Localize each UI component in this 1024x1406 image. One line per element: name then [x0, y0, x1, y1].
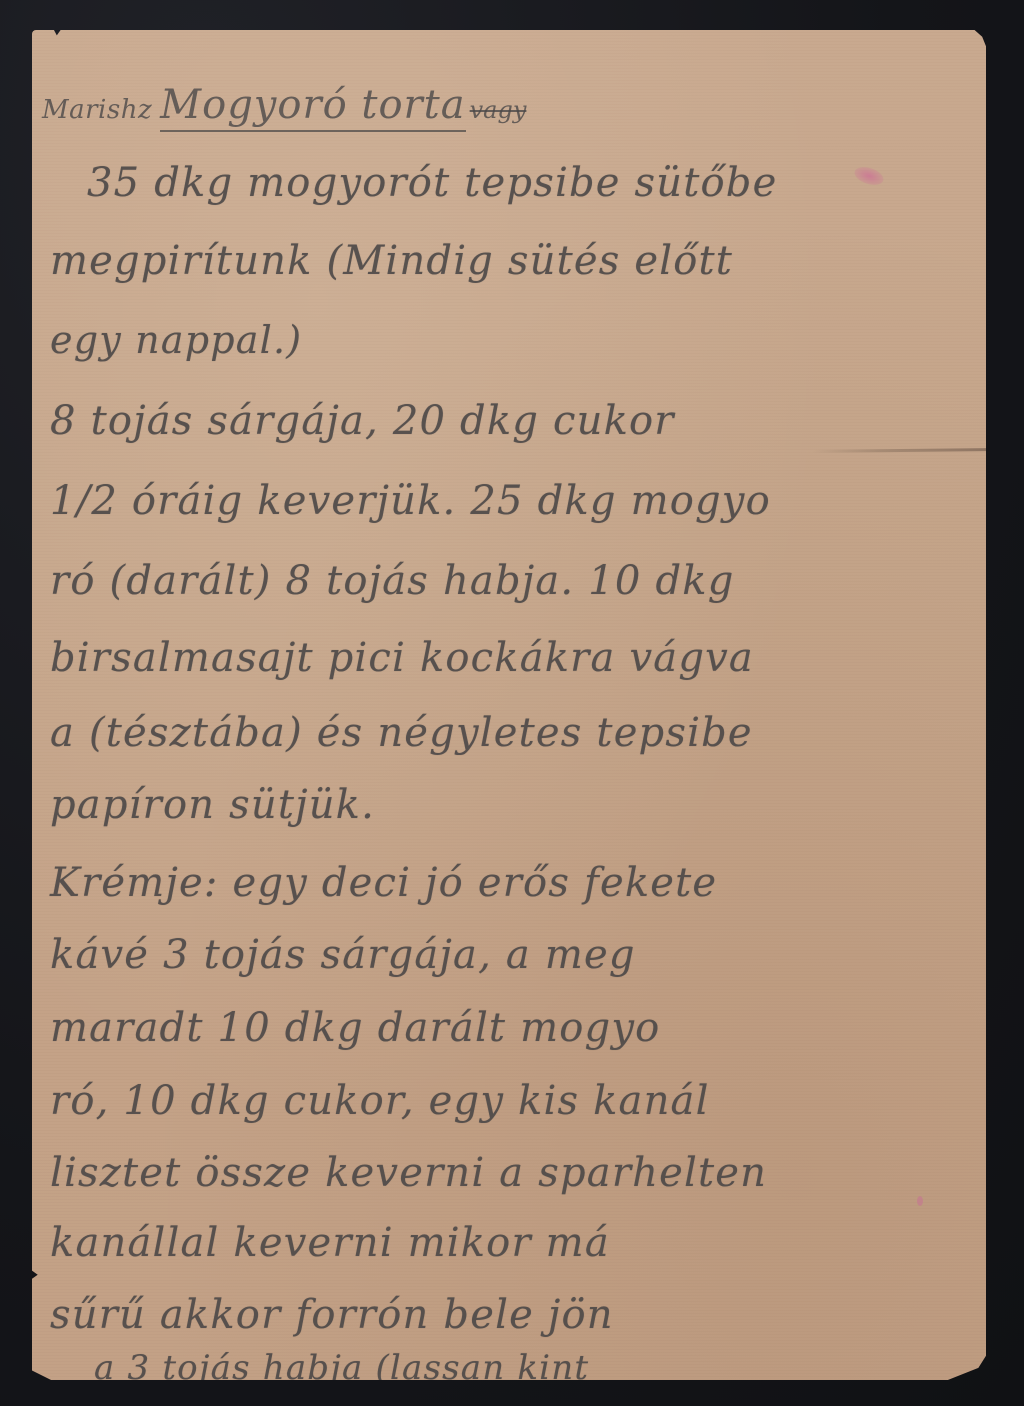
title-main: Mogyoró torta — [160, 82, 465, 132]
pink-ink-stain — [852, 164, 885, 188]
recipe-paper: MarishzMogyoró tortavagy 35 dkg mogyorót… — [32, 30, 986, 1380]
title-prefix: Marishz — [42, 95, 152, 125]
recipe-line-15: kanállal keverni mikor má — [50, 1220, 610, 1266]
recipe-title: MarishzMogyoró tortavagy — [42, 82, 526, 132]
recipe-line-11: kávé 3 tojás sárgája, a meg — [50, 932, 636, 978]
recipe-line-8: a (tésztába) és négyletes tepsibe — [50, 710, 753, 756]
recipe-line-16: sűrű akkor forrón bele jön — [50, 1292, 614, 1338]
recipe-line-14: lisztet össze keverni a sparhelten — [50, 1150, 767, 1196]
recipe-line-5: 1/2 óráig keverjük. 25 dkg mogyo — [50, 478, 771, 524]
title-struck-word: vagy — [470, 96, 527, 124]
recipe-line-2: megpirítunk (Mindig sütés előtt — [50, 238, 733, 284]
recipe-line-9: papíron sütjük. — [50, 782, 375, 828]
recipe-line-3: egy nappal.) — [50, 318, 302, 362]
recipe-line-10: Krémje: egy deci jó erős fekete — [50, 860, 717, 906]
recipe-line-1: 35 dkg mogyorót tepsibe sütőbe — [87, 160, 777, 206]
recipe-line-13: ró, 10 dkg cukor, egy kis kanál — [50, 1078, 710, 1124]
recipe-line-4: 8 tojás sárgája, 20 dkg cukor — [50, 398, 675, 444]
recipe-line-12: maradt 10 dkg darált mogyo — [50, 1005, 660, 1051]
recipe-line-7: birsalmasajt pici kockákra vágva — [50, 635, 754, 681]
recipe-line-6: ró (darált) 8 tojás habja. 10 dkg — [50, 558, 735, 604]
pink-ink-dot — [917, 1196, 923, 1206]
paper-crease — [812, 448, 986, 453]
